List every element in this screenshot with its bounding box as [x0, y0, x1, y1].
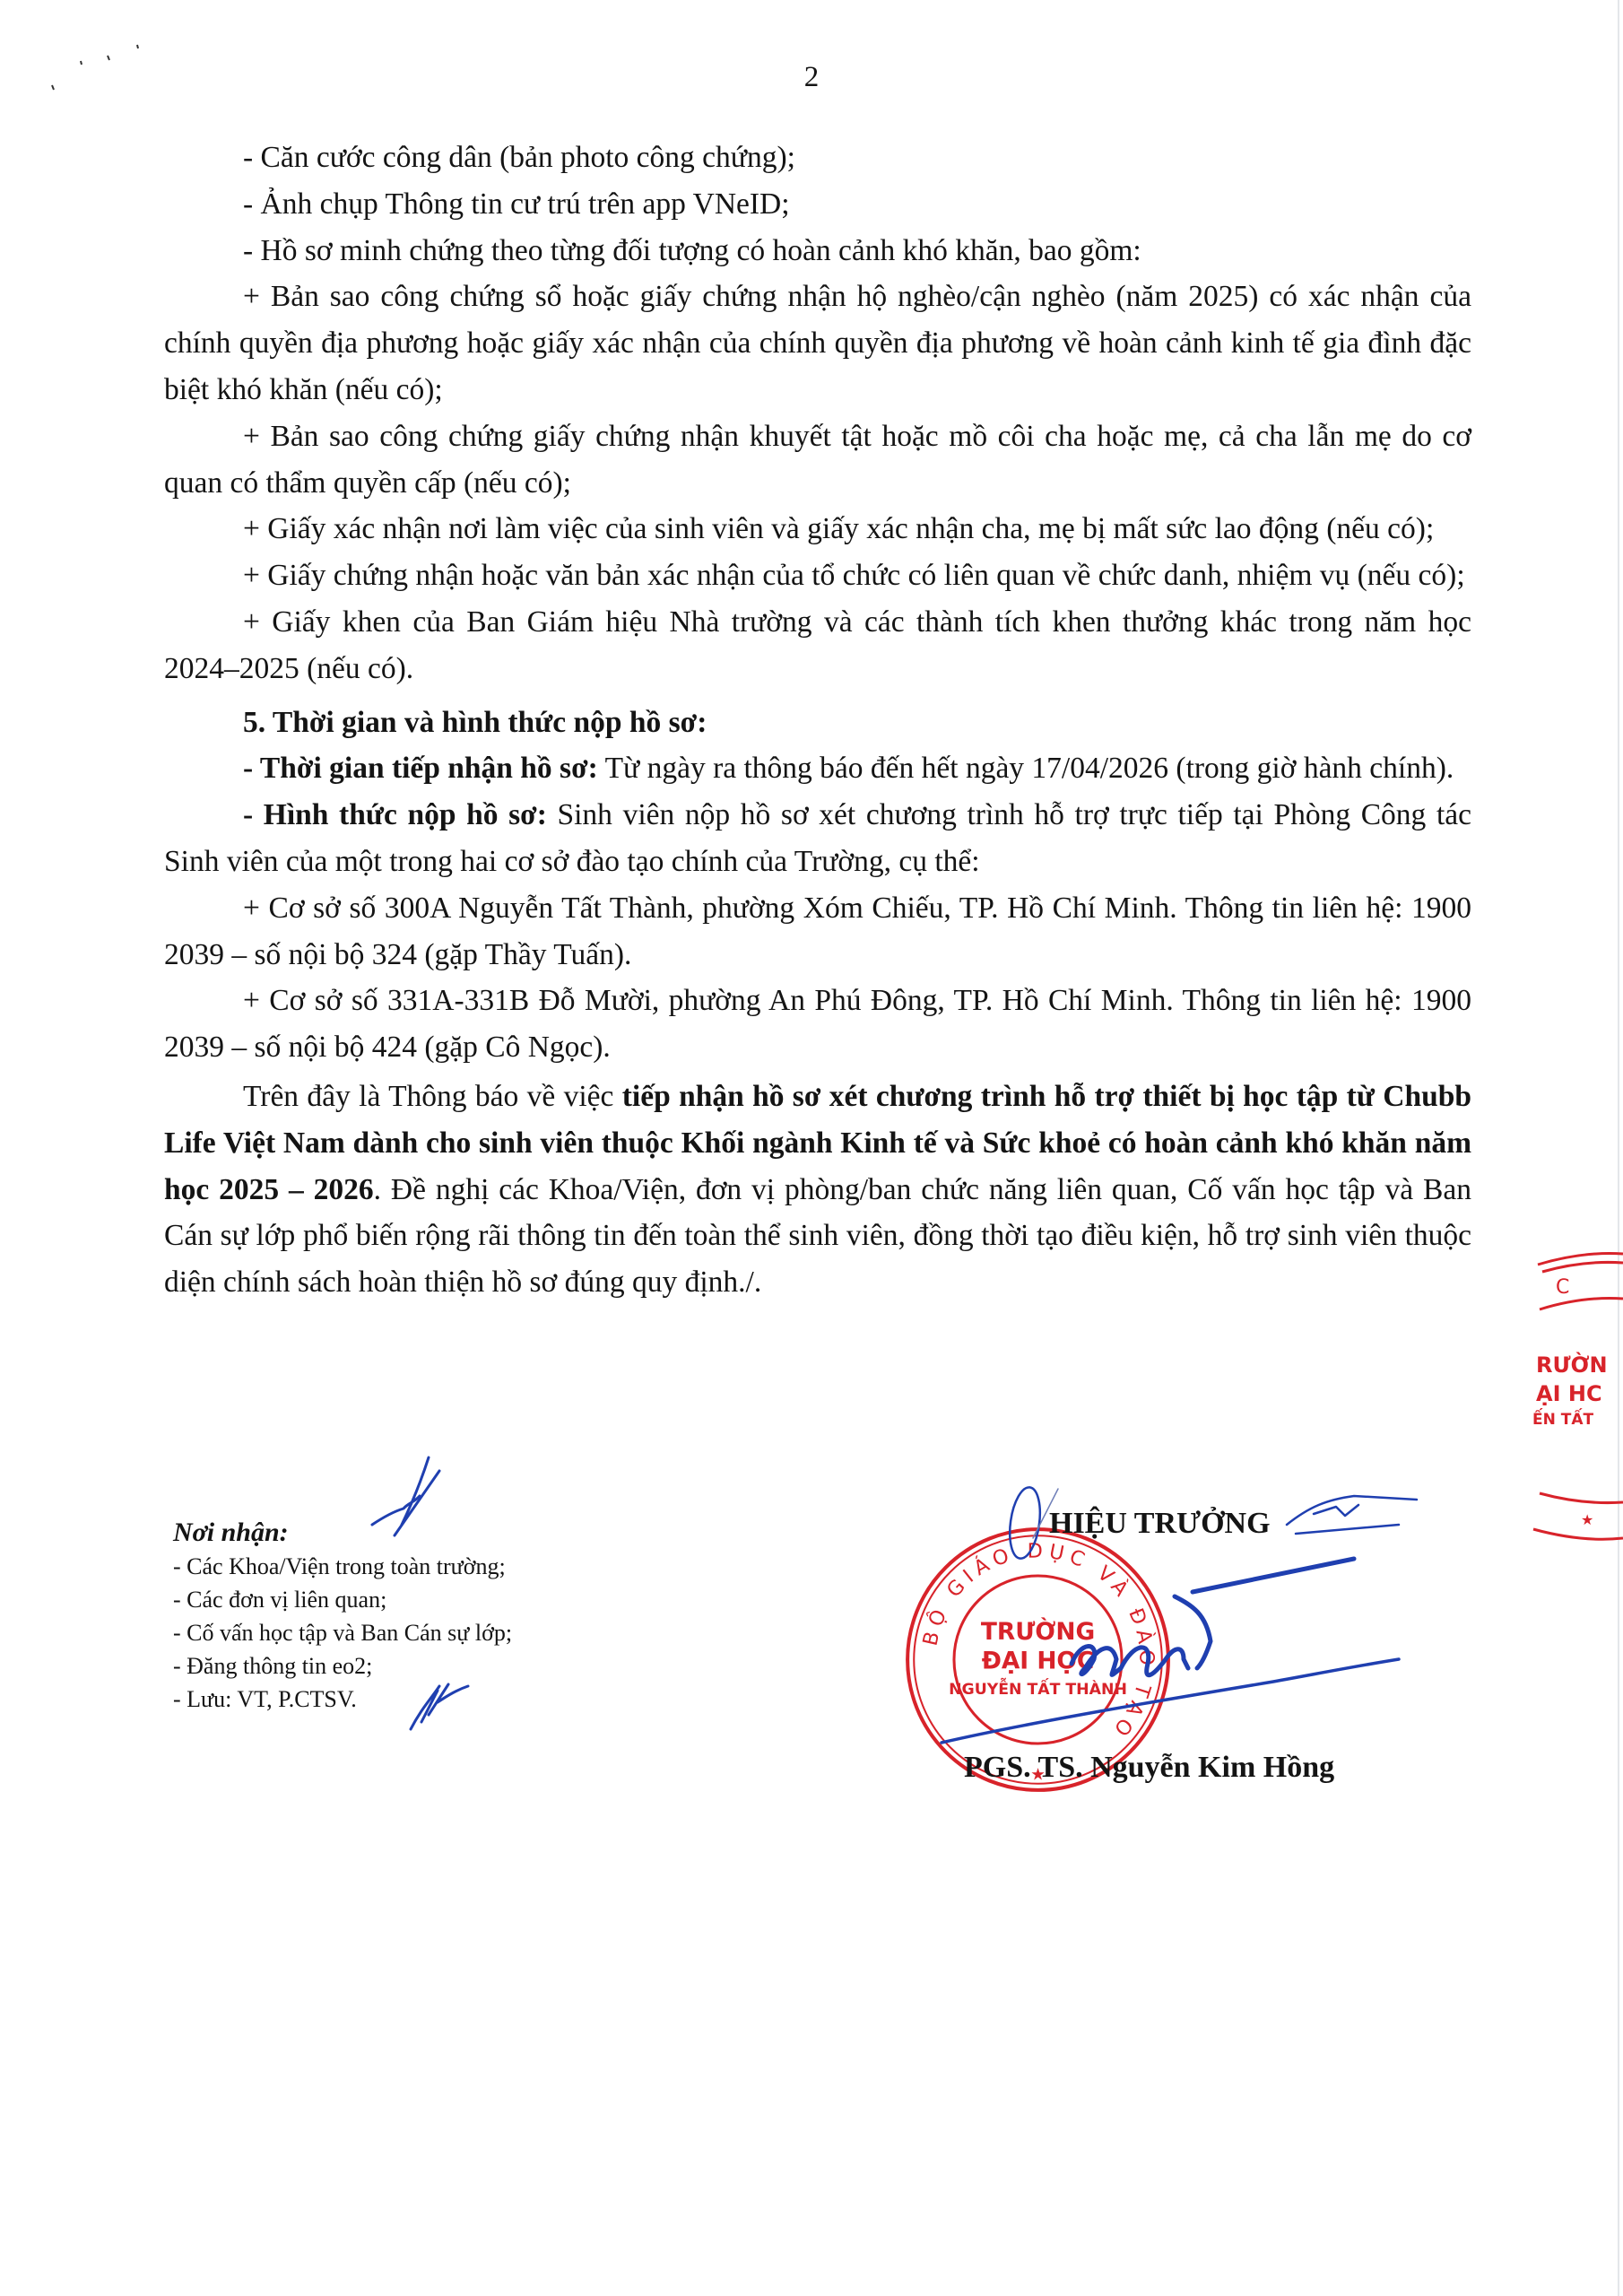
submission-time-text: Từ ngày ra thông báo đến hết ngày 17/04/… — [598, 752, 1454, 785]
partial-stamp-line-2: ẠI HC — [1536, 1381, 1602, 1406]
doc-subitem-awards: + Giấy khen của Ban Giám hiệu Nhà trường… — [164, 599, 1471, 692]
submission-time: - Thời gian tiếp nhận hồ sơ: Từ ngày ra … — [164, 745, 1471, 792]
recipient-item: - Đăng thông tin eo2; — [173, 1649, 512, 1683]
recipient-item: - Các đơn vị liên quan; — [173, 1583, 512, 1616]
submission-time-label: - Thời gian tiếp nhận hồ sơ: — [243, 752, 598, 785]
partial-stamp-line-1: RƯỜN — [1536, 1351, 1608, 1378]
doc-item-residence: - Ảnh chụp Thông tin cư trú trên app VNe… — [164, 181, 1471, 228]
stamp-line-3: NGUYỄN TẤT THÀNH — [949, 1676, 1127, 1699]
stamp-line-2: ĐẠI HỌC — [982, 1648, 1095, 1675]
document-body: - Căn cước công dân (bản photo công chứn… — [164, 135, 1471, 1306]
partial-stamp: C RƯỜN ẠI HC ẾN TẤT ★ — [1529, 1229, 1623, 1587]
partial-stamp-line-3: ẾN TẤT — [1532, 1407, 1594, 1429]
partial-stamp-star-icon: ★ — [1581, 1513, 1593, 1528]
page-edge — [1618, 0, 1619, 2296]
doc-subitem-position: + Giấy chứng nhận hoặc văn bản xác nhận … — [164, 552, 1471, 599]
partial-stamp-top: C — [1556, 1276, 1569, 1299]
campus-2: + Cơ sở số 331A-331B Đỗ Mười, phường An … — [164, 978, 1471, 1071]
doc-subitem-work: + Giấy xác nhận nơi làm việc của sinh vi… — [164, 506, 1471, 552]
signer-name: PGS. TS. Nguyễn Kim Hồng — [964, 1751, 1334, 1785]
doc-item-id-card: - Căn cước công dân (bản photo công chứn… — [164, 135, 1471, 181]
stamp-line-1: TRƯỜNG — [981, 1617, 1095, 1646]
recipient-item: - Cố vấn học tập và Ban Cán sự lớp; — [173, 1616, 512, 1649]
doc-subitem-disability: + Bản sao công chứng giấy chứng nhận khu… — [164, 413, 1471, 507]
campus-1: + Cơ sở số 300A Nguyễn Tất Thành, phường… — [164, 885, 1471, 978]
closing-lead: Trên đây là Thông báo về việc — [243, 1080, 622, 1113]
signer-title: HIỆU TRƯỞNG — [1049, 1507, 1271, 1541]
recipients-block: Nơi nhận: - Các Khoa/Viện trong toàn trư… — [173, 1516, 512, 1716]
recipient-item: - Lưu: VT, P.CTSV. — [173, 1683, 512, 1716]
doc-subitem-poverty: + Bản sao công chứng sổ hoặc giấy chứng … — [164, 274, 1471, 413]
submission-method: - Hình thức nộp hồ sơ: Sinh viên nộp hồ … — [164, 792, 1471, 885]
closing-paragraph: Trên đây là Thông báo về việc tiếp nhận … — [164, 1074, 1471, 1306]
initial-mark-icon — [1287, 1496, 1417, 1534]
recipients-title: Nơi nhận: — [173, 1516, 512, 1550]
section-heading: 5. Thời gian và hình thức nộp hồ sơ: — [164, 700, 1471, 746]
initial-mark-icon — [372, 1457, 429, 1525]
recipient-item: - Các Khoa/Viện trong toàn trường; — [173, 1550, 512, 1583]
page-number: 2 — [0, 61, 1623, 94]
doc-item-hardship: - Hồ sơ minh chứng theo từng đối tượng c… — [164, 228, 1471, 274]
submission-method-label: - Hình thức nộp hồ sơ: — [243, 798, 547, 831]
